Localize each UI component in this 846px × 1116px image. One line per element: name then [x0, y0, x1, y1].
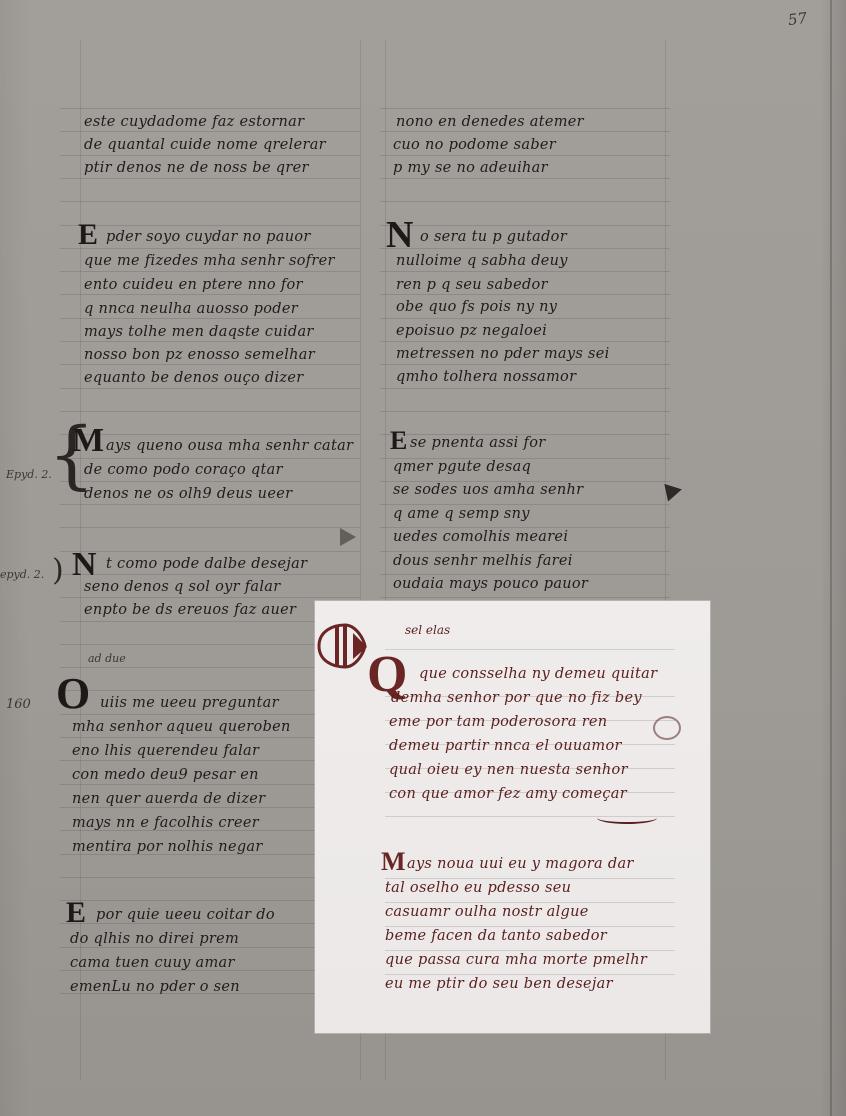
- verse-line: equanto be denos ouço dizer: [84, 369, 304, 387]
- folio-number: 57: [787, 9, 808, 29]
- ruled-line: [380, 597, 670, 598]
- bracket-mark: ): [52, 556, 64, 586]
- rubric-note: sel elas: [405, 623, 450, 637]
- verse-line: qmer pgute desaq: [393, 458, 531, 476]
- faint-pointer-icon: [340, 528, 356, 546]
- verse-line: beme facen da tanto sabedor: [385, 927, 607, 945]
- ruled-line: [380, 388, 670, 389]
- verse-line: emenLu no pder o sen: [70, 978, 240, 996]
- verse-line: nono en denedes atemer: [396, 113, 584, 131]
- margin-number: 160: [6, 697, 31, 712]
- decorated-initial: N: [386, 216, 413, 254]
- ink-stain: [653, 716, 681, 740]
- ruled-line: [60, 388, 360, 389]
- ruled-line: [380, 155, 670, 156]
- panel-ruling: [385, 649, 675, 650]
- decorated-initial: E: [390, 428, 407, 454]
- verse-line: obe quo fs pois ny ny: [396, 298, 557, 316]
- ruled-line: [60, 318, 360, 319]
- ruled-line: [60, 481, 360, 482]
- manuscript-page: 57 este cuydadome faz estornar de quanta…: [0, 0, 846, 1116]
- verse-line: eno lhis querendeu falar: [72, 742, 259, 760]
- ruled-line: [60, 458, 360, 459]
- verse-line: que passa cura mha morte pmelhr: [385, 951, 647, 969]
- verse-line: pder soyo cuydar no pauor: [106, 228, 311, 246]
- decorated-initial: O: [56, 672, 90, 716]
- ruled-line: [380, 294, 670, 295]
- verse-line: metressen no pder mays sei: [396, 345, 610, 363]
- verse-line: tal oselho eu pdesso seu: [385, 879, 571, 897]
- verse-line: de quantal cuide nome qrelerar: [84, 136, 326, 154]
- ruled-line: [60, 108, 360, 109]
- verse-line: demha senhor por que no fiz bey: [391, 689, 642, 707]
- verse-line: uedes comolhis mearei: [393, 528, 568, 546]
- verse-line: ren p q seu sabedor: [396, 276, 548, 294]
- verse-line: con que amor fez amy começar: [389, 785, 627, 803]
- verse-line: nosso bon pz enosso semelhar: [84, 346, 315, 364]
- ruled-line: [380, 108, 670, 109]
- ruled-line: [380, 131, 670, 132]
- verse-line: t como pode dalbe desejar: [106, 555, 307, 573]
- verse-line: qual oieu ey nen nuesta senhor: [389, 761, 628, 779]
- verse-line: q nnca neulha auosso poder: [84, 300, 298, 318]
- ruled-line: [60, 225, 360, 226]
- ruled-line: [380, 341, 670, 342]
- ruled-line: [380, 411, 670, 412]
- ruled-line: [60, 364, 360, 365]
- decorated-initial: N: [72, 548, 97, 582]
- verse-line: demeu partir nnca el ouuamor: [389, 737, 622, 755]
- decorated-initial: M: [72, 424, 104, 458]
- verse-line: mentira por nolhis negar: [72, 838, 263, 856]
- verse-line: seno denos q sol oyr falar: [84, 578, 280, 596]
- ruled-line: [380, 178, 670, 179]
- verse-line: o sera tu p gutador: [420, 228, 567, 246]
- flourish-mark: [597, 812, 657, 824]
- verse-line: que me fizedes mha senhr sofrer: [84, 252, 335, 270]
- ruled-line: [380, 318, 670, 319]
- verse-line: enpto be ds ereuos faz auer: [84, 601, 296, 619]
- decorated-initial-d-icon: [315, 623, 367, 669]
- verse-line: se sodes uos amha senhr: [393, 481, 583, 499]
- ruled-line: [380, 271, 670, 272]
- verse-line: oudaia mays pouco pauor: [393, 575, 588, 593]
- ruled-line: [60, 178, 360, 179]
- verse-line: mha senhor aqueu queroben: [72, 718, 291, 736]
- ruled-line: [60, 434, 360, 435]
- decorated-initial: M: [381, 849, 406, 875]
- margin-note: epyd. 2.: [0, 568, 44, 581]
- verse-line: ays noua uui eu y magora dar: [407, 855, 634, 873]
- rubric-note: ad due: [88, 652, 126, 665]
- ruled-line: [60, 597, 360, 598]
- verse-line: eu me ptir do seu ben desejar: [385, 975, 613, 993]
- verse-line: qmho tolhera nossamor: [396, 368, 576, 386]
- verse-line: casuamr oulha nostr algue: [385, 903, 589, 921]
- manicule-pointer-icon: [664, 481, 683, 502]
- ruled-line: [60, 574, 360, 575]
- decorated-initial: E: [66, 898, 86, 928]
- ruled-line: [60, 504, 360, 505]
- margin-note: Epyd. 2.: [6, 468, 52, 481]
- verse-line: nen quer auerda de dizer: [72, 790, 265, 808]
- verse-line: este cuydadome faz estornar: [84, 113, 304, 131]
- verse-line: que consselha ny demeu quitar: [419, 665, 657, 683]
- ruled-line: [380, 225, 670, 226]
- ruled-line: [60, 155, 360, 156]
- verse-line: q ame q semp sny: [393, 505, 530, 523]
- ruled-line: [60, 131, 360, 132]
- verse-line: dous senhr melhis farei: [393, 552, 573, 570]
- ruled-line: [380, 201, 670, 202]
- ruled-line: [60, 271, 360, 272]
- verse-line: do qlhis no direi prem: [70, 930, 239, 948]
- verse-line: ento cuideu en ptere nno for: [84, 276, 303, 294]
- ruled-line: [380, 364, 670, 365]
- verse-line: epoisuo pz negaloei: [396, 322, 547, 340]
- verse-line: uiis me ueeu preguntar: [100, 694, 279, 712]
- verse-line: denos ne os olh9 deus ueer: [84, 485, 292, 503]
- ruled-line: [60, 551, 360, 552]
- ruled-line: [60, 341, 360, 342]
- verse-line: eme por tam poderosora ren: [389, 713, 607, 731]
- verse-line: con medo deu9 pesar en: [72, 766, 259, 784]
- verse-line: mays tolhe men daqste cuidar: [84, 323, 314, 341]
- ruled-line: [60, 248, 360, 249]
- verse-line: por quie ueeu coitar do: [96, 906, 275, 924]
- ruled-line: [60, 294, 360, 295]
- ruled-line: [60, 201, 360, 202]
- verse-line: nulloime q sabha deuy: [396, 252, 568, 270]
- ruled-line: [60, 527, 360, 528]
- ruled-line: [60, 411, 360, 412]
- page-edge: [830, 0, 832, 1116]
- verse-line: p my se no adeuihar: [393, 159, 548, 177]
- verse-line: cama tuen cuuy amar: [70, 954, 235, 972]
- verse-line: de como podo coraço qtar: [84, 461, 283, 479]
- decorated-initial: E: [78, 220, 98, 250]
- verse-line: cuo no podome saber: [393, 136, 556, 154]
- verse-line: ays queno ousa mha senhr catar: [106, 437, 353, 455]
- verse-line: se pnenta assi for: [410, 434, 545, 452]
- ruled-line: [380, 248, 670, 249]
- verse-line: ptir denos ne de noss be qrer: [84, 159, 309, 177]
- verse-line: mays nn e facolhis creer: [72, 814, 259, 832]
- highlight-panel: sel elas Q que consselha ny demeu quitar…: [315, 601, 710, 1033]
